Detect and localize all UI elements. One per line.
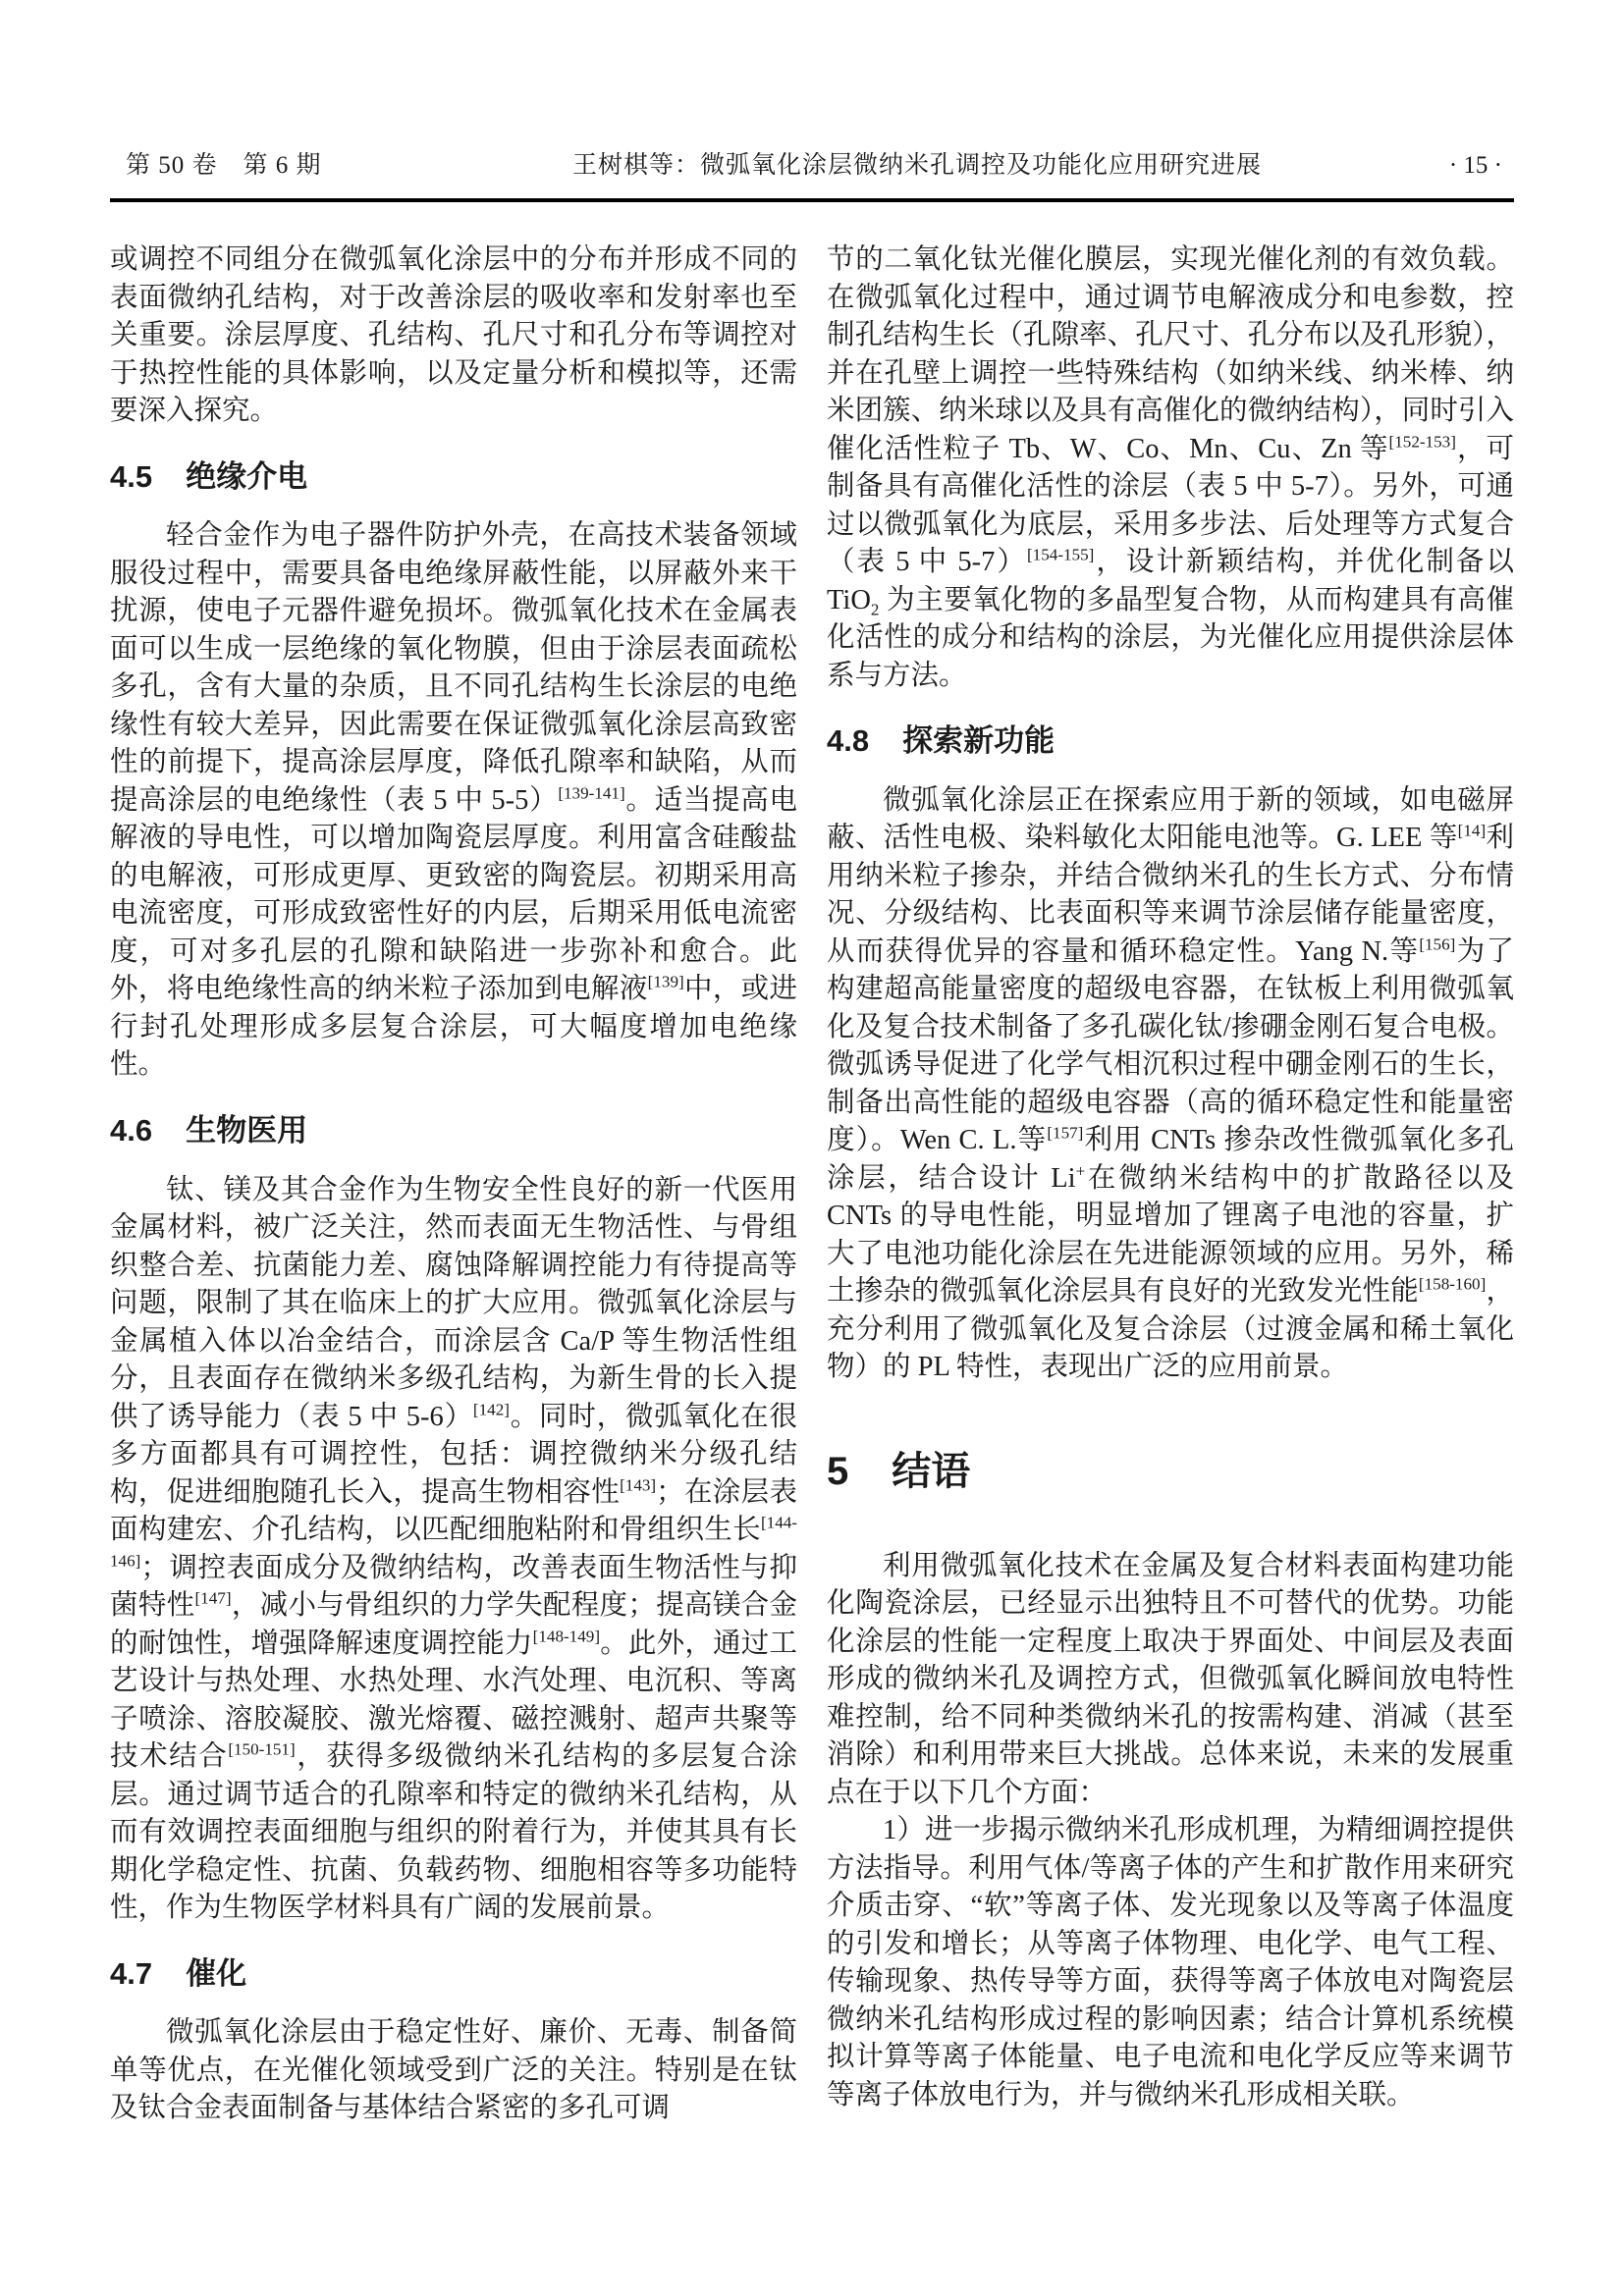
reference-superscript: [14] xyxy=(1458,822,1486,840)
section-heading: 5结语 xyxy=(827,1448,1514,1495)
section-number: 4.7 xyxy=(110,1956,152,1991)
reference-superscript: [156] xyxy=(1419,934,1455,953)
paragraph: 钛、镁及其合金作为生物安全性良好的新一代医用金属材料，被广泛关注，然而表面无生物… xyxy=(110,1172,797,1928)
section-title: 结语 xyxy=(892,1450,970,1493)
section-heading: 4.6生物医用 xyxy=(110,1112,797,1150)
right-column: 节的二氧化钛光催化膜层，实现光催化剂的有效负载。在微弧氧化过程中，通过调节电解液… xyxy=(827,241,1514,2128)
reference-superscript: [154-155] xyxy=(1027,546,1094,564)
section-title: 绝缘介电 xyxy=(186,459,307,494)
reference-superscript: [147] xyxy=(194,1589,231,1608)
reference-superscript: [148-149] xyxy=(533,1627,600,1645)
section-number: 4.6 xyxy=(110,1113,152,1148)
paragraph: 轻合金作为电子器件防护外壳，在高技术装备领域服役过程中，需要具备电绝缘屏蔽性能，… xyxy=(110,517,797,1085)
paragraph: 1）进一步揭示微纳米孔形成机理，为精细调控提供方法指导。利用气体/等离子体的产生… xyxy=(827,1812,1514,2114)
section-heading: 4.5绝缘介电 xyxy=(110,458,797,497)
page-header: 第 50 卷 第 6 期 王树棋等：微弧氧化涂层微纳米孔调控及功能化应用研究进展… xyxy=(110,145,1514,190)
section-number: 4.8 xyxy=(827,723,869,758)
page-number: · 15 · xyxy=(1375,152,1502,180)
reference-superscript: [158-160] xyxy=(1419,1275,1486,1294)
reference-superscript: + xyxy=(1076,1161,1086,1180)
reference-superscript: [142] xyxy=(473,1400,510,1418)
section-title: 催化 xyxy=(186,1956,246,1991)
section-title: 探索新功能 xyxy=(902,723,1055,758)
journal-volume-issue: 第 50 卷 第 6 期 xyxy=(126,145,460,181)
left-column: 或调控不同组分在微弧氧化涂层中的分布并形成不同的表面微纳孔结构，对于改善涂层的吸… xyxy=(110,241,797,2128)
reference-superscript: [139] xyxy=(648,973,684,991)
section-heading: 4.7催化 xyxy=(110,1955,797,1994)
section-number: 5 xyxy=(827,1450,848,1493)
section-number: 4.5 xyxy=(110,459,152,494)
section-title: 生物医用 xyxy=(186,1113,307,1148)
paragraph: 或调控不同组分在微弧氧化涂层中的分布并形成不同的表面微纳孔结构，对于改善涂层的吸… xyxy=(110,241,797,431)
reference-superscript: [143] xyxy=(620,1475,656,1494)
section-heading: 4.8探索新功能 xyxy=(827,722,1514,761)
reference-superscript: [152-153] xyxy=(1389,432,1456,451)
paper-page: 第 50 卷 第 6 期 王树棋等：微弧氧化涂层微纳米孔调控及功能化应用研究进展… xyxy=(0,0,1624,2296)
running-title: 王树棋等：微弧氧化涂层微纳米孔调控及功能化应用研究进展 xyxy=(460,145,1375,181)
header-rule xyxy=(110,198,1514,202)
paragraph: 微弧氧化涂层由于稳定性好、廉价、无毒、制备简单等优点，在光催化领域受到广泛的关注… xyxy=(110,2014,797,2128)
paragraph: 微弧氧化涂层正在探索应用于新的领域，如电磁屏蔽、活性电极、染料敏化太阳能电池等。… xyxy=(827,782,1514,1387)
reference-superscript: [139-141] xyxy=(558,783,624,802)
article-body: 或调控不同组分在微弧氧化涂层中的分布并形成不同的表面微纳孔结构，对于改善涂层的吸… xyxy=(110,241,1514,2128)
reference-superscript: [157] xyxy=(1047,1124,1083,1143)
chemical-subscript: 2 xyxy=(871,600,880,618)
reference-superscript: [144-146] xyxy=(110,1514,797,1571)
paragraph: 节的二氧化钛光催化膜层，实现光催化剂的有效负载。在微弧氧化过程中，通过调节电解液… xyxy=(827,241,1514,695)
paragraph: 利用微弧氧化技术在金属及复合材料表面构建功能化陶瓷涂层，已经显示出独特且不可替代… xyxy=(827,1548,1514,1813)
reference-superscript: [150-151] xyxy=(228,1740,295,1759)
